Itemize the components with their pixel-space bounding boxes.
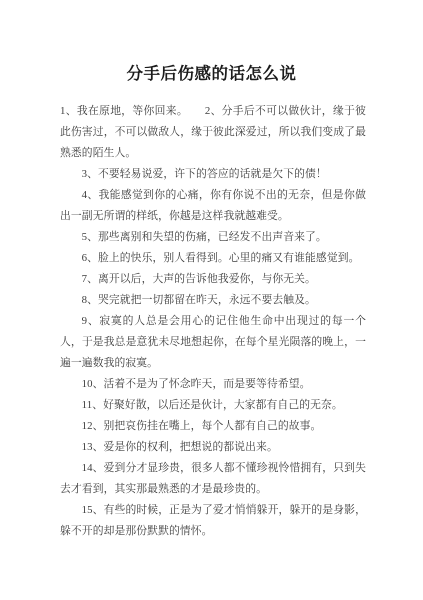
paragraph: 9、寂寞的人总是会用心的记住他生命中出现过的每一个人，于是我总是意犹未尽地想起你…: [60, 311, 366, 374]
paragraph: 12、别把哀伤挂在嘴上，每个人都有自己的故事。: [60, 416, 366, 437]
paragraph: 1、我在原地，等你回来。 2、分手后不可以做伙计，缘于彼此伤害过，不可以做敌人，…: [60, 101, 366, 164]
paragraph: 7、离开以后，大声的告诉他我爱你，与你无关。: [60, 269, 366, 290]
paragraph: 3、不要轻易说爱，许下的答应的话就是欠下的债！: [60, 164, 366, 185]
paragraph: 8、哭完就把一切都留在昨天，永远不要去触及。: [60, 290, 366, 311]
page-title: 分手后伤感的话怎么说: [0, 0, 423, 86]
paragraph: 11、好聚好散，以后还是伙计，大家都有自己的无奈。: [60, 395, 366, 416]
paragraph: 6、脸上的快乐，别人看得到。心里的痛又有谁能感觉到。: [60, 248, 366, 269]
paragraph: 14、爱到分才显珍贵，很多人都不懂珍视怜惜拥有，只到失去才看到，其实那最熟悉的才…: [60, 458, 366, 500]
paragraph: 13、爱是你的权利，把想说的都说出来。: [60, 437, 366, 458]
paragraph: 4、我能感觉到你的心痛，你有你说不出的无奈，但是你做出一副无所谓的样纸，你越是这…: [60, 185, 366, 227]
document-page: 分手后伤感的话怎么说 1、我在原地，等你回来。 2、分手后不可以做伙计，缘于彼此…: [0, 0, 423, 600]
document-body: 1、我在原地，等你回来。 2、分手后不可以做伙计，缘于彼此伤害过，不可以做敌人，…: [60, 101, 366, 542]
paragraph: 15、有些的时候，正是为了爱才悄悄躲开，躲开的是身影，躲不开的却是那份默默的情怀…: [60, 500, 366, 542]
paragraph: 5、那些离别和失望的伤痛，已经发不出声音来了。: [60, 227, 366, 248]
paragraph: 10、活着不是为了怀念昨天，而是要等待希望。: [60, 374, 366, 395]
